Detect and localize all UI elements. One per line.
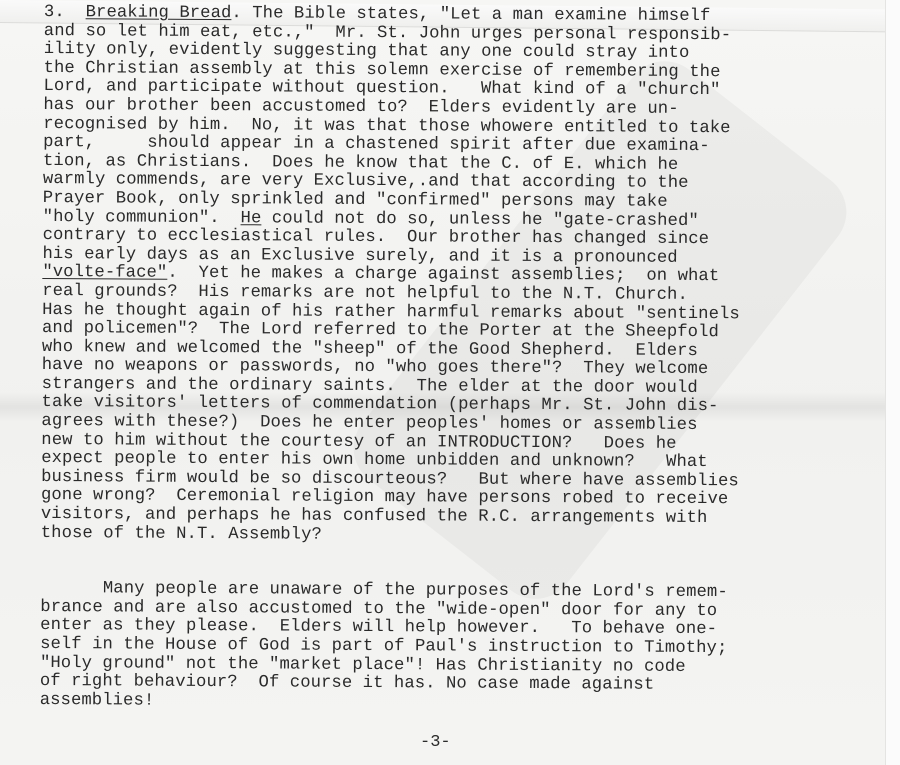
text-line: assemblies! — [40, 692, 860, 716]
paragraph-2: Many people are unaware of the purposes … — [40, 580, 861, 715]
emphasis-volte-face: "volte-face" — [42, 263, 167, 283]
page-number: -3- — [420, 733, 451, 752]
text-line: those of the N.T. Assembly? — [41, 525, 861, 549]
section-title: Breaking Bread — [86, 3, 232, 23]
section-number: 3. — [44, 3, 65, 22]
paper-right-edge — [885, 0, 900, 765]
document-body: 3. Breaking Bread. The Bible states, "Le… — [40, 4, 864, 715]
emphasis-he: He — [241, 209, 262, 228]
paragraph-1: 3. Breaking Bread. The Bible states, "Le… — [41, 4, 864, 548]
scanned-page: 3. Breaking Bread. The Bible states, "Le… — [0, 0, 900, 765]
